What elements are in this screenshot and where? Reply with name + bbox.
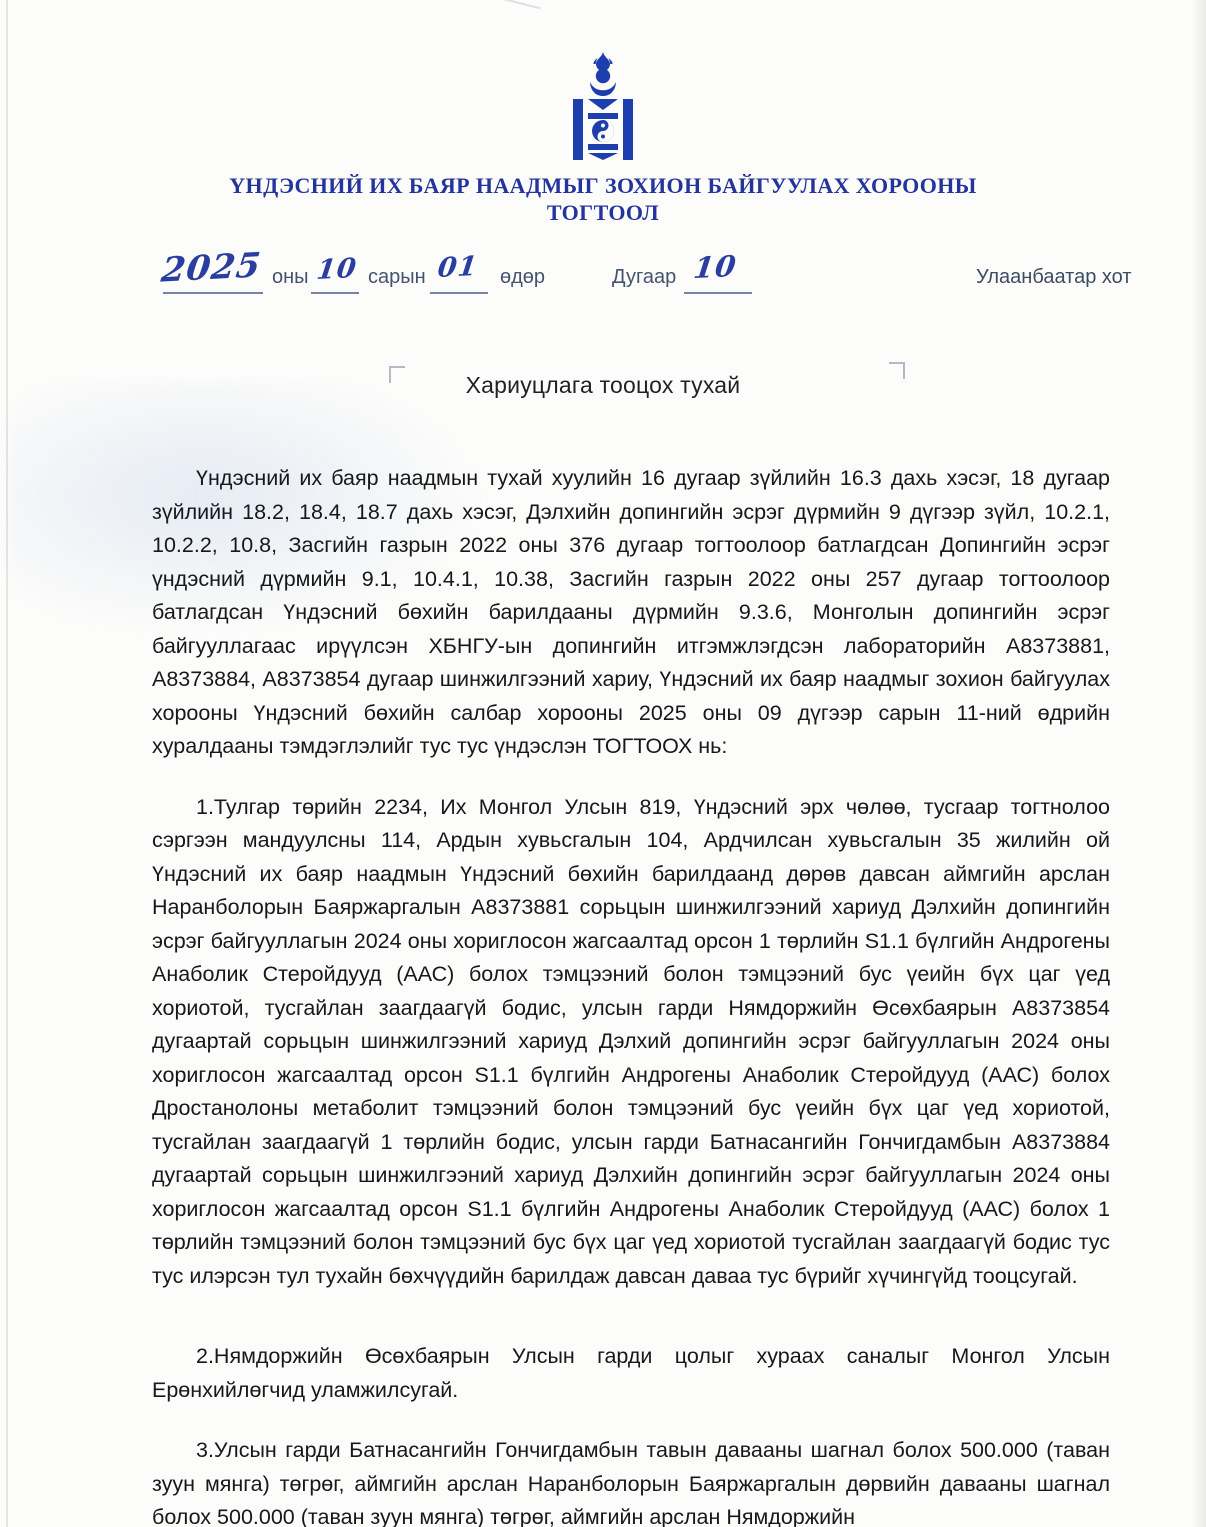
preamble-paragraph: Үндэсний их баяр наадмын тухай хуулийн 1… bbox=[152, 462, 1110, 764]
scan-edge-artifact bbox=[6, 0, 8, 1527]
crop-mark-right-icon bbox=[889, 362, 905, 379]
body-text: Үндэсний их баяр наадмын тухай хуулийн 1… bbox=[152, 462, 1110, 1527]
document-page: ҮНДЭСНИЙ ИХ БАЯР НААДМЫГ ЗОХИОН БАЙГУУЛА… bbox=[0, 0, 1206, 1527]
month-underline bbox=[311, 292, 359, 294]
scan-scratch-artifact bbox=[433, 0, 540, 9]
handwritten-number: 10 bbox=[692, 249, 739, 285]
number-label: Дугаар bbox=[612, 266, 676, 289]
month-label: сарын bbox=[368, 266, 426, 289]
org-title: ҮНДЭСНИЙ ИХ БАЯР НААДМЫГ ЗОХИОН БАЙГУУЛА… bbox=[0, 172, 1206, 226]
crop-mark-left-icon bbox=[389, 366, 405, 383]
day-underline bbox=[430, 292, 488, 294]
item-1-paragraph: 1.Тулгар төрийн 2234, Их Монгол Улсын 81… bbox=[152, 791, 1110, 1294]
year-label: оны bbox=[272, 266, 309, 289]
soyombo-emblem-icon bbox=[571, 52, 635, 160]
handwritten-year: 2025 bbox=[159, 245, 263, 290]
year-underline bbox=[163, 292, 263, 294]
handwritten-month: 10 bbox=[315, 253, 359, 286]
subject-title: Хариуцлага тооцох тухай bbox=[466, 372, 741, 398]
city-label: Улаанбаатар хот bbox=[976, 266, 1132, 289]
item-3-paragraph: 3.Улсын гарди Батнасангийн Гончигдамбын … bbox=[152, 1434, 1110, 1527]
subject-row: Хариуцлага тооцох тухай bbox=[0, 372, 1206, 399]
item-2-paragraph: 2.Нямдоржийн Өсөхбаярын Улсын гарди цолы… bbox=[152, 1340, 1110, 1407]
number-underline bbox=[684, 292, 752, 294]
org-title-line1: ҮНДЭСНИЙ ИХ БАЯР НААДМЫГ ЗОХИОН БАЙГУУЛА… bbox=[0, 172, 1206, 199]
org-title-line2: ТОГТООЛ bbox=[0, 199, 1206, 226]
handwritten-day: 01 bbox=[436, 251, 480, 284]
dateline: 2025 оны 10 сарын 01 өдөр Дугаар 10 Улаа… bbox=[0, 250, 1206, 306]
scan-shade-artifact bbox=[1192, 0, 1206, 1527]
day-label: өдөр bbox=[500, 266, 545, 289]
